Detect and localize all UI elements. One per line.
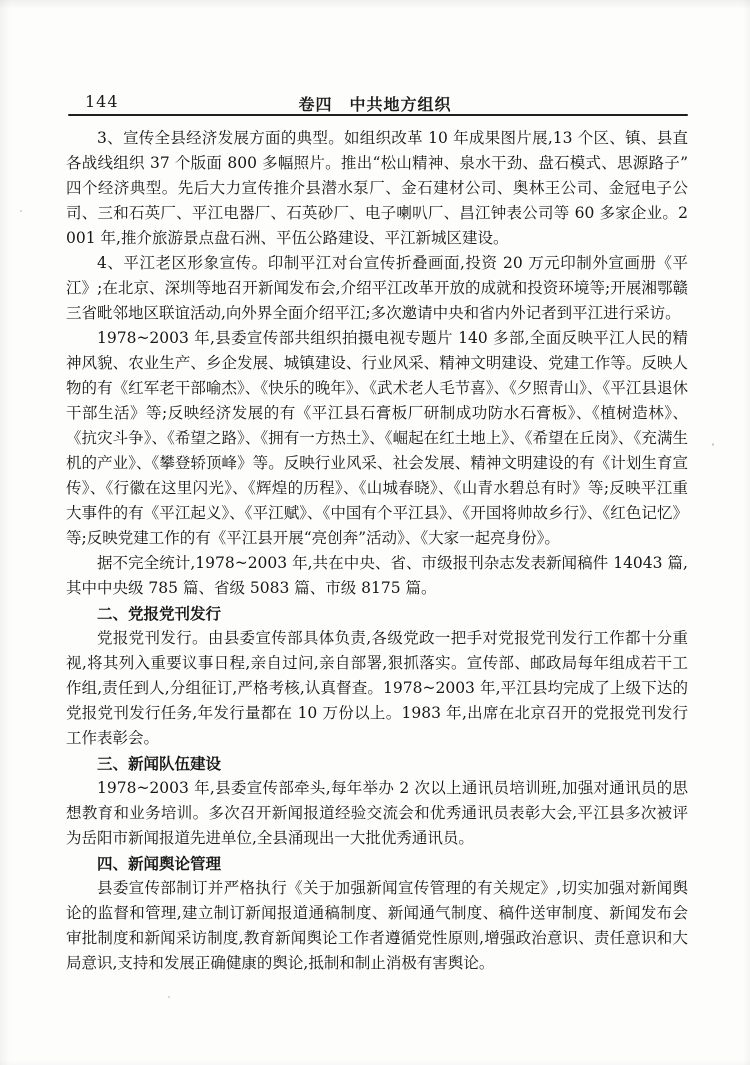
header-rule <box>68 114 688 116</box>
paragraph-news-team-building: 1978~2003 年,县委宣传部牵头,每年举办 2 次以上通讯员培训班,加强对… <box>66 776 688 851</box>
paragraph-opinion-management: 县委宣传部制订并严格执行《关于加强新闻宣传管理的有关规定》,切实加强对新闻舆论的… <box>66 876 688 976</box>
section-heading-news-team: 三、新闻队伍建设 <box>66 751 688 776</box>
scan-speck <box>168 996 170 998</box>
paragraph-news-statistics: 据不完全统计,1978~2003 年,共在中央、省、市级报刊杂志发表新闻稿件 1… <box>66 551 688 601</box>
scan-speck <box>20 210 22 212</box>
running-header: 144 卷四 中共地方组织 <box>0 92 750 114</box>
section-heading-opinion-management: 四、新闻舆论管理 <box>66 851 688 876</box>
scanned-page: 144 卷四 中共地方组织 3、宣传全县经济发展方面的典型。如组织改革 10 年… <box>0 0 750 1065</box>
paragraph-tv-documentaries: 1978~2003 年,县委宣传部共组织拍摄电视专题片 140 多部,全面反映平… <box>66 326 688 551</box>
scan-speck <box>712 443 714 446</box>
paragraph-economy-models: 3、宣传全县经济发展方面的典型。如组织改革 10 年成果图片展,13 个区、镇、… <box>66 126 688 251</box>
page-body: 3、宣传全县经济发展方面的典型。如组织改革 10 年成果图片展,13 个区、镇、… <box>66 126 688 976</box>
running-title: 卷四 中共地方组织 <box>0 92 750 115</box>
paragraph-image-promotion: 4、平江老区形象宣传。印制平江对台宣传折叠画面,投资 20 万元印制外宣画册《平… <box>66 251 688 326</box>
section-heading-party-press: 二、党报党刊发行 <box>66 601 688 626</box>
paragraph-party-press-distribution: 党报党刊发行。由县委宣传部具体负责,各级党政一把手对党报党刊发行工作都十分重视,… <box>66 626 688 751</box>
